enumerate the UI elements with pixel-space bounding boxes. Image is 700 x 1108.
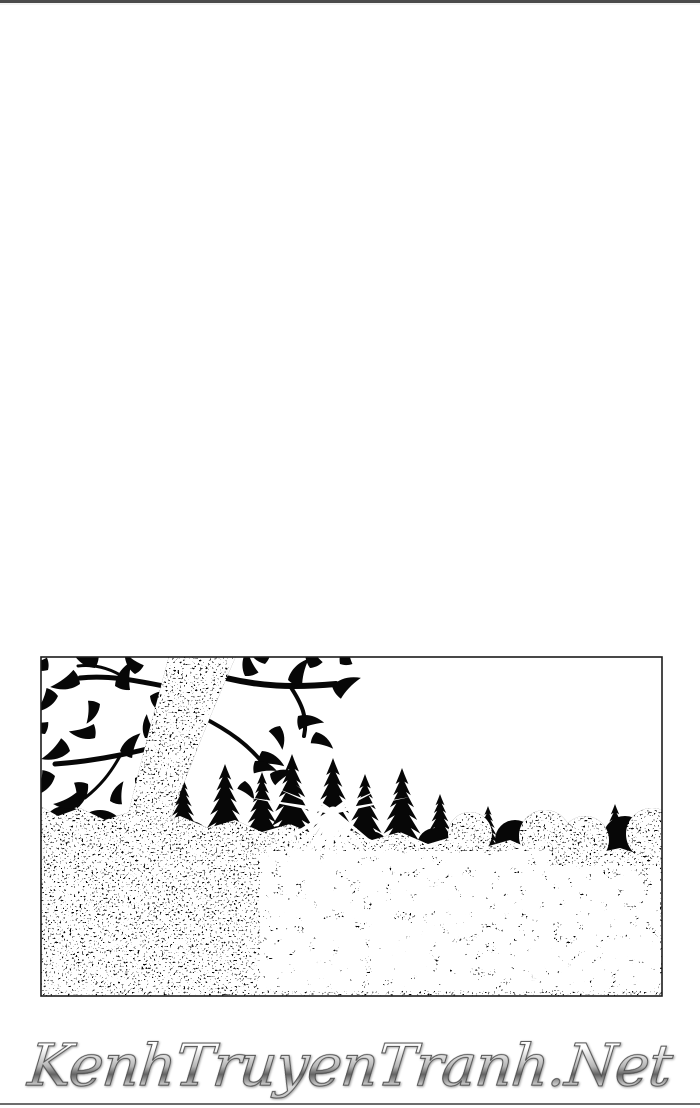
sun-core: [328, 807, 339, 818]
bottom-rule-line: [0, 1103, 700, 1105]
manga-panel-illustration: [40, 656, 663, 997]
forest-scene: [40, 656, 663, 997]
watermark-text: KenhTruyenTranh.Net: [0, 1026, 700, 1104]
top-border-highlight: [0, 3, 700, 5]
manga-page: KenhTruyenTranh.Net: [0, 0, 700, 1108]
